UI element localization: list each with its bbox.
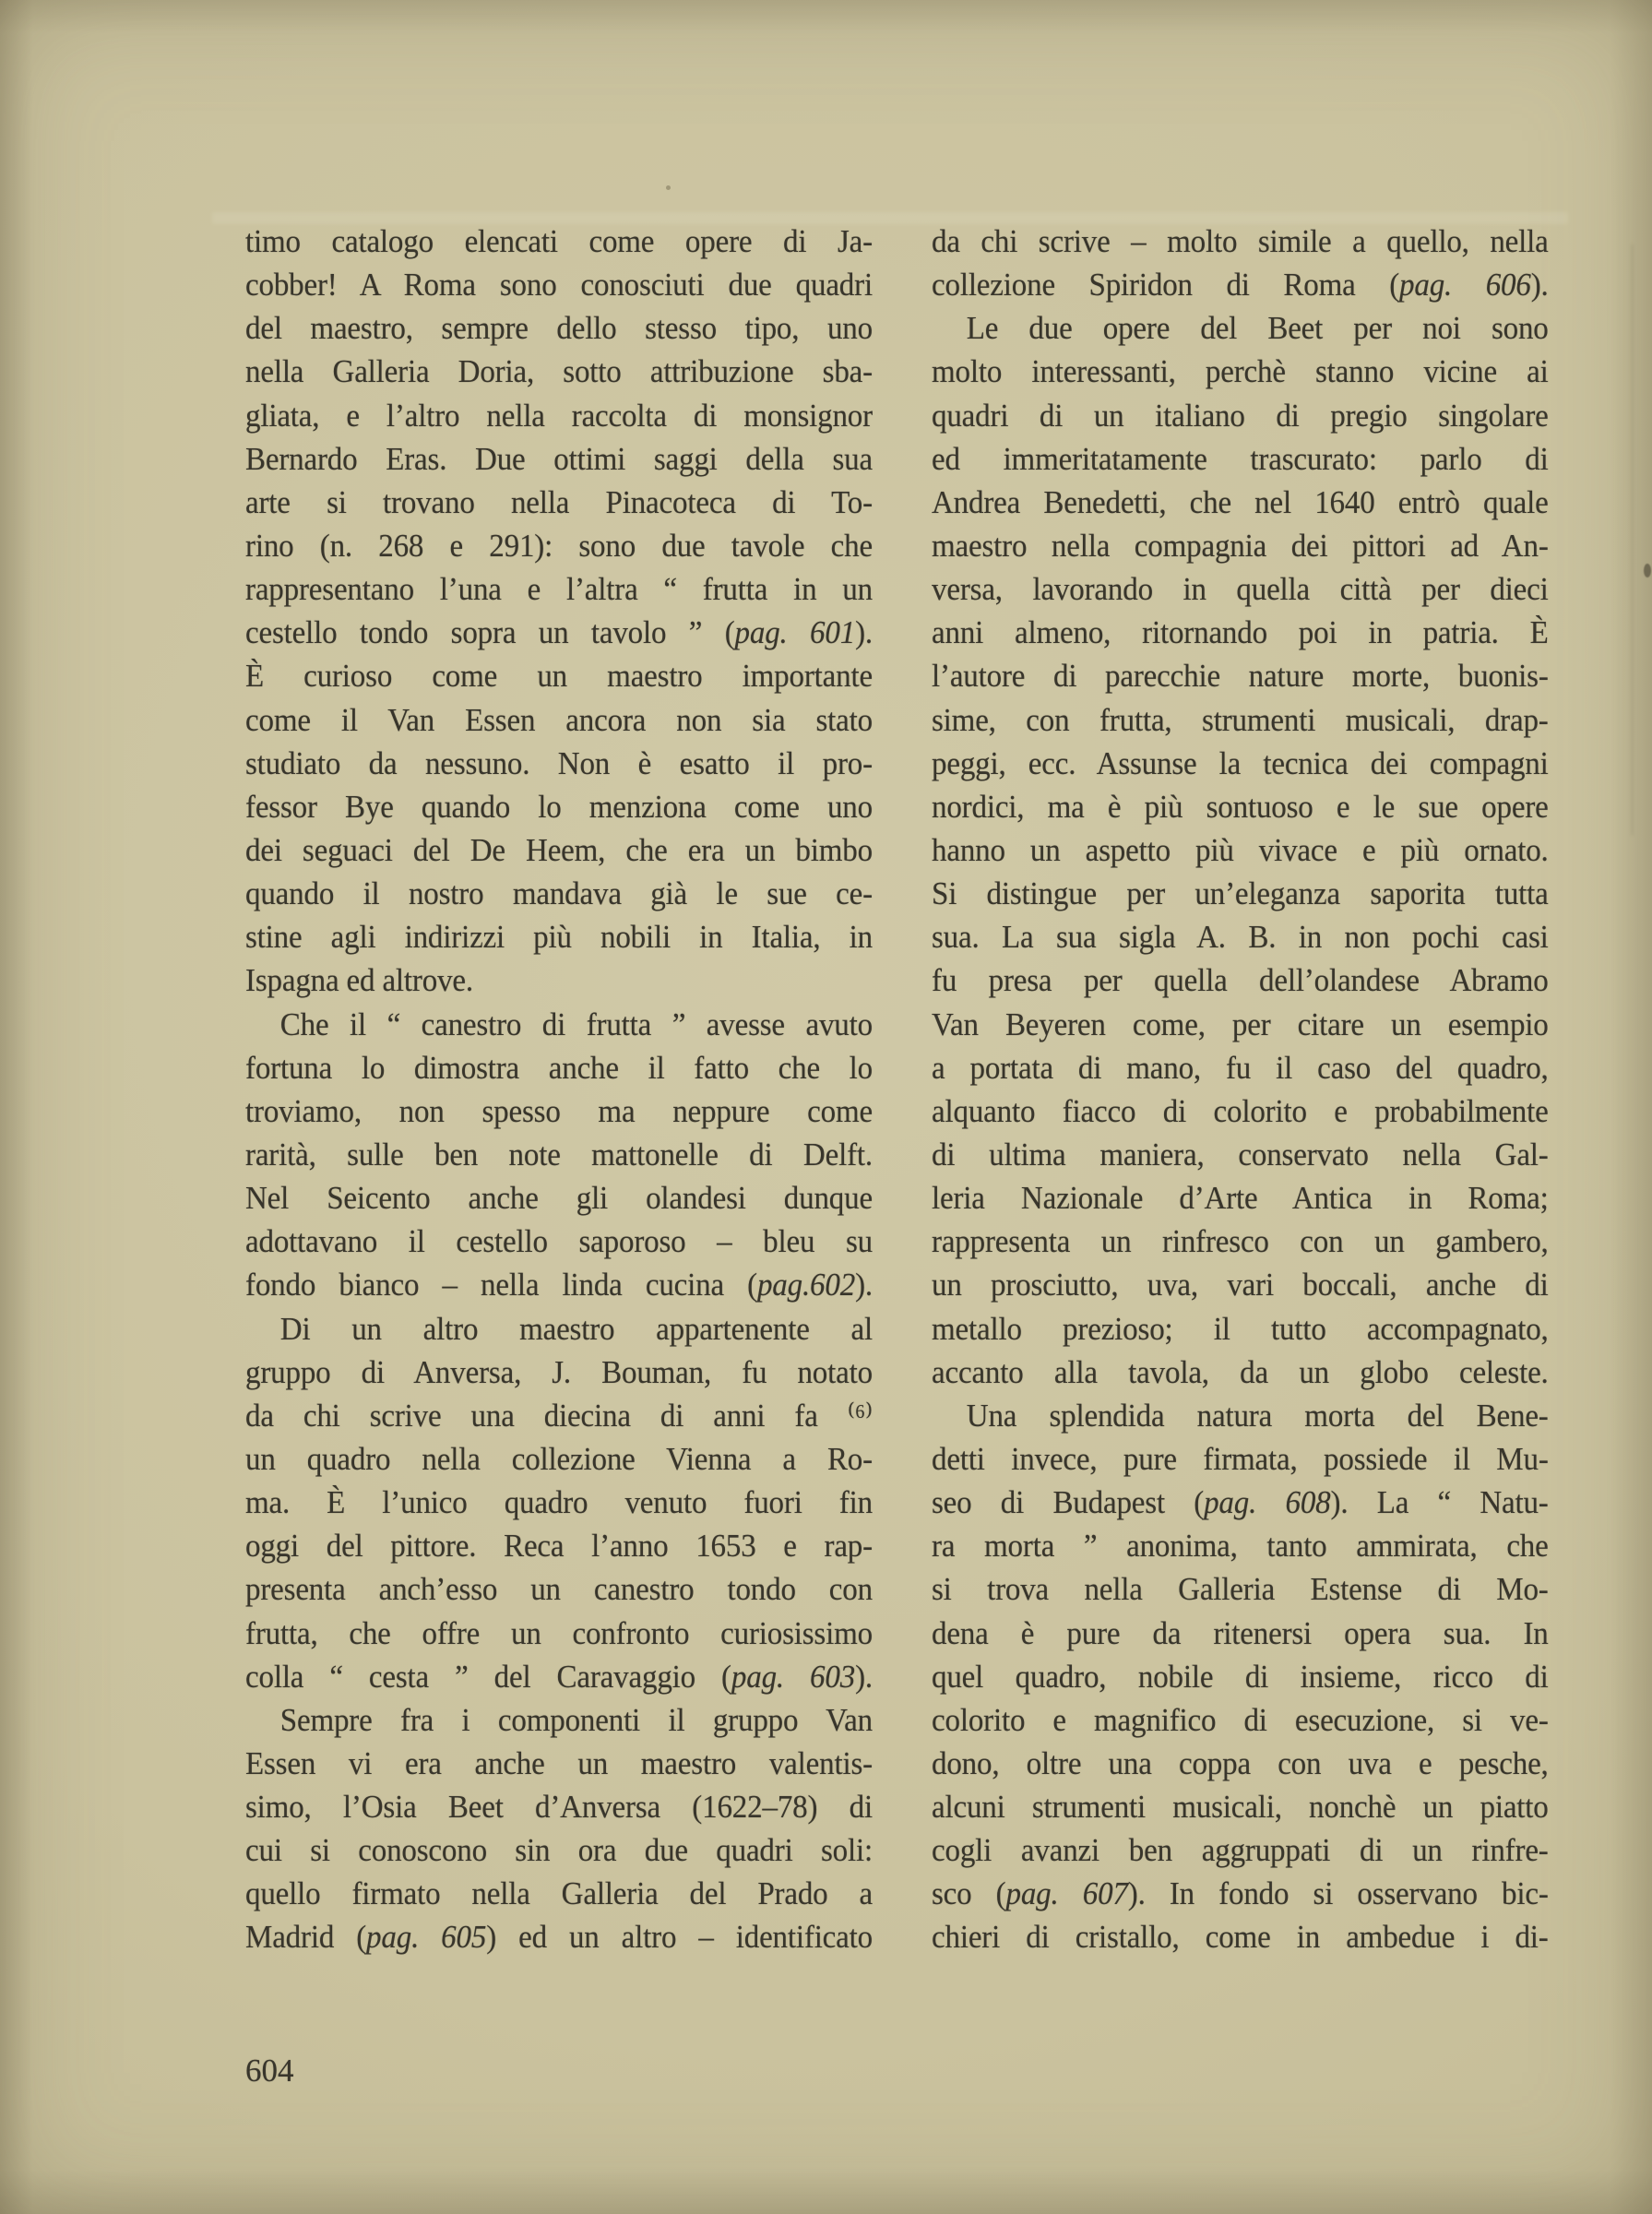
text-line: si trova nella Galleria Estense di Mo- [932,1567,1549,1611]
text-line: Nel Seicento anche gli olandesi dunque [245,1176,873,1220]
text-line: Van Beyeren come, per citare un esempio [932,1003,1549,1046]
text-line: versa, lavorando in quella città per die… [932,567,1549,611]
text-line: del maestro, sempre dello stesso tipo, u… [245,306,873,350]
text-line: chieri di cristallo, come in ambedue i d… [932,1915,1549,1958]
text-line: alquanto fiacco di colorito e probabilme… [932,1089,1549,1133]
book-page-scan: timo catalogo elencati come opere di Ja-… [0,0,1652,2214]
text-line: Ispagna ed altrove. [245,958,873,1002]
scan-dust-dot [666,185,671,190]
text-line: Essen vi era anche un maestro valentis- [245,1742,873,1785]
text-line: l’autore di parecchie nature morte, buon… [932,654,1549,697]
right-text-column: da chi scrive – molto simile a quello, n… [932,220,1549,1959]
text-line: arte si trovano nella Pinacoteca di To- [245,481,873,524]
text-line: di ultima maniera, conservato nella Gal- [932,1133,1549,1176]
text-line: rappresentano l’una e l’altra “ frutta i… [245,567,873,611]
text-line: adottavano il cestello saporoso – bleu s… [245,1220,873,1263]
text-line: ma. È l’unico quadro venuto fuori fin [245,1481,873,1524]
text-line: sua. La sua sigla A. B. in non pochi cas… [932,915,1549,958]
text-line: colorito e magnifico di esecuzione, si v… [932,1698,1549,1742]
text-line: quello firmato nella Galleria del Prado … [245,1872,873,1915]
text-line: ra morta ” anonima, tanto ammirata, che [932,1524,1549,1567]
text-line: Andrea Benedetti, che nel 1640 entrò qua… [932,481,1549,524]
text-line: Madrid (pag. 605) ed un altro – identifi… [245,1915,873,1958]
text-line: peggi, ecc. Assunse la tecnica dei compa… [932,742,1549,785]
text-line: detti invece, pure firmata, possiede il … [932,1437,1549,1481]
text-line: nordici, ma è più sontuoso e le sue oper… [932,785,1549,828]
text-line: dena è pure da ritenersi opera sua. In [932,1612,1549,1655]
scan-edge-speck [1644,564,1651,577]
text-line: Si distingue per un’eleganza saporita tu… [932,872,1549,915]
text-line: un prosciutto, uva, vari boccali, anche … [932,1263,1549,1306]
text-line: rarità, sulle ben note mattonelle di Del… [245,1133,873,1176]
text-line: fu presa per quella dell’olandese Abramo [932,958,1549,1002]
text-line: come il Van Essen ancora non sia stato [245,698,873,742]
text-line: Le due opere del Beet per noi sono [932,306,1549,350]
text-line: accanto alla tavola, da un globo celeste… [932,1351,1549,1394]
text-line: alcuni strumenti musicali, nonchè un pia… [932,1785,1549,1828]
text-line: quando il nostro mandava già le sue ce- [245,872,873,915]
text-line: leria Nazionale d’Arte Antica in Roma; [932,1176,1549,1220]
text-line: Che il “ canestro di frutta ” avesse avu… [245,1003,873,1046]
text-line: stine agli indirizzi più nobili in Itali… [245,915,873,958]
text-line: rappresenta un rinfresco con un gambero, [932,1220,1549,1263]
scan-crease-line [1631,244,1634,835]
text-line: gruppo di Anversa, J. Bouman, fu notato [245,1351,873,1394]
text-line: colla “ cesta ” del Caravaggio (pag. 603… [245,1655,873,1698]
text-line: troviamo, non spesso ma neppure come [245,1089,873,1133]
text-line: dono, oltre una coppa con uva e pesche, [932,1742,1549,1785]
text-line: Di un altro maestro appartenente al [245,1307,873,1351]
text-line: cogli avanzi ben aggruppati di un rinfre… [932,1828,1549,1872]
text-line: oggi del pittore. Reca l’anno 1653 e rap… [245,1524,873,1567]
text-line: un quadro nella collezione Vienna a Ro- [245,1437,873,1481]
text-line: È curioso come un maestro importante [245,654,873,697]
text-line: rino (n. 268 e 291): sono due tavole che [245,524,873,567]
left-text-column: timo catalogo elencati come opere di Ja-… [245,220,873,1959]
text-line: studiato da nessuno. Non è esatto il pro… [245,742,873,785]
text-line: cestello tondo sopra un tavolo ” (pag. 6… [245,611,873,654]
text-line: maestro nella compagnia dei pittori ad A… [932,524,1549,567]
text-line: nella Galleria Doria, sotto attribuzione… [245,350,873,393]
text-line: hanno un aspetto più vivace e più ornato… [932,828,1549,872]
text-line: metallo prezioso; il tutto accompagnato, [932,1307,1549,1351]
text-line: timo catalogo elencati come opere di Ja- [245,220,873,263]
text-line: Bernardo Eras. Due ottimi saggi della su… [245,437,873,481]
text-line: collezione Spiridon di Roma (pag. 606). [932,263,1549,306]
page-number: 604 [245,2049,294,2092]
text-line: sime, con frutta, strumenti musicali, dr… [932,698,1549,742]
text-line: da chi scrive una diecina di anni fa ⁽⁶⁾ [245,1394,873,1437]
text-line: Una splendida natura morta del Bene- [932,1394,1549,1437]
text-line: cobber! A Roma sono conosciuti due quadr… [245,263,873,306]
text-line: fondo bianco – nella linda cucina (pag.6… [245,1263,873,1306]
text-line: frutta, che offre un confronto curiosiss… [245,1612,873,1655]
text-line: quel quadro, nobile di insieme, ricco di [932,1655,1549,1698]
text-line: gliata, e l’altro nella raccolta di mons… [245,394,873,437]
text-line: seo di Budapest (pag. 608). La “ Natu- [932,1481,1549,1524]
text-line: sco (pag. 607). In fondo si osservano bi… [932,1872,1549,1915]
text-line: ed immeritatamente trascurato: parlo di [932,437,1549,481]
text-line: a portata di mano, fu il caso del quadro… [932,1046,1549,1089]
text-line: simo, l’Osia Beet d’Anversa (1622–78) di [245,1785,873,1828]
text-line: fortuna lo dimostra anche il fatto che l… [245,1046,873,1089]
text-line: presenta anch’esso un canestro tondo con [245,1567,873,1611]
text-line: anni almeno, ritornando poi in patria. È [932,611,1549,654]
text-line: molto interessanti, perchè stanno vicine… [932,350,1549,393]
text-line: Sempre fra i componenti il gruppo Van [245,1698,873,1742]
text-line: cui si conoscono sin ora due quadri soli… [245,1828,873,1872]
text-line: dei seguaci del De Heem, che era un bimb… [245,828,873,872]
text-line: fessor Bye quando lo menziona come uno [245,785,873,828]
text-line: da chi scrive – molto simile a quello, n… [932,220,1549,263]
text-line: quadri di un italiano di pregio singolar… [932,394,1549,437]
